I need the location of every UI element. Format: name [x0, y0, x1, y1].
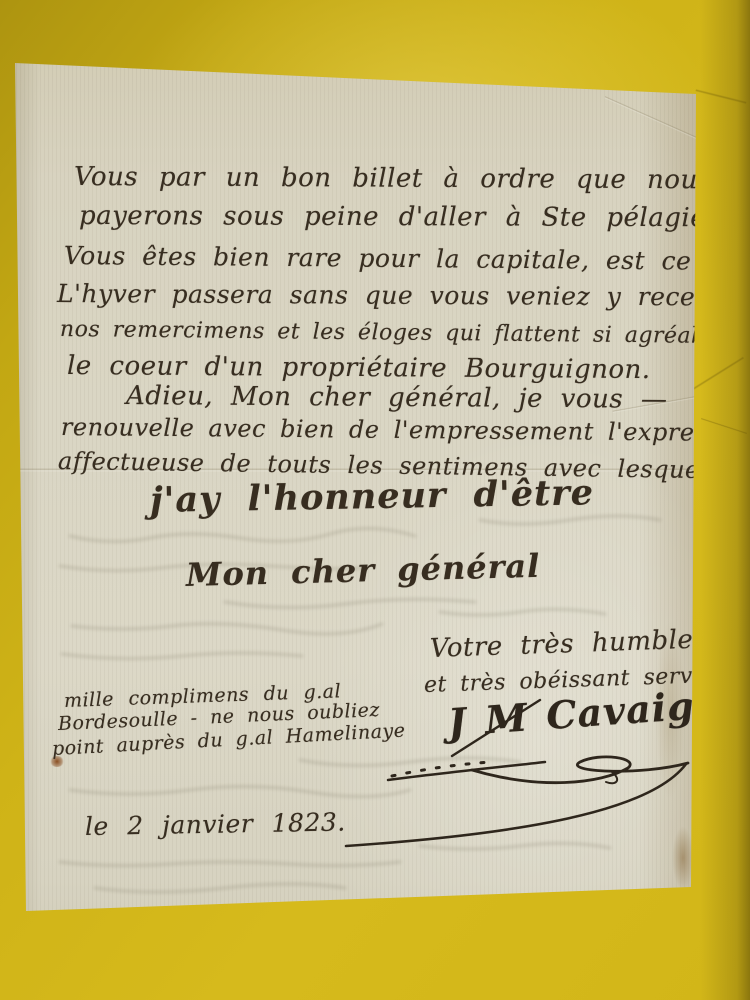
- backdrop-crease: [695, 89, 746, 104]
- date-line: le 2 janvier 1823.: [85, 807, 346, 841]
- backdrop-crease: [692, 356, 744, 390]
- signature-flourish: [0, 0, 750, 1000]
- letter-sheet: Vous par un bon billet à ordre que nous …: [0, 0, 750, 1000]
- photograph-of-letter: Vous par un bon billet à ordre que nous …: [0, 0, 750, 1000]
- backdrop-crease: [701, 418, 747, 435]
